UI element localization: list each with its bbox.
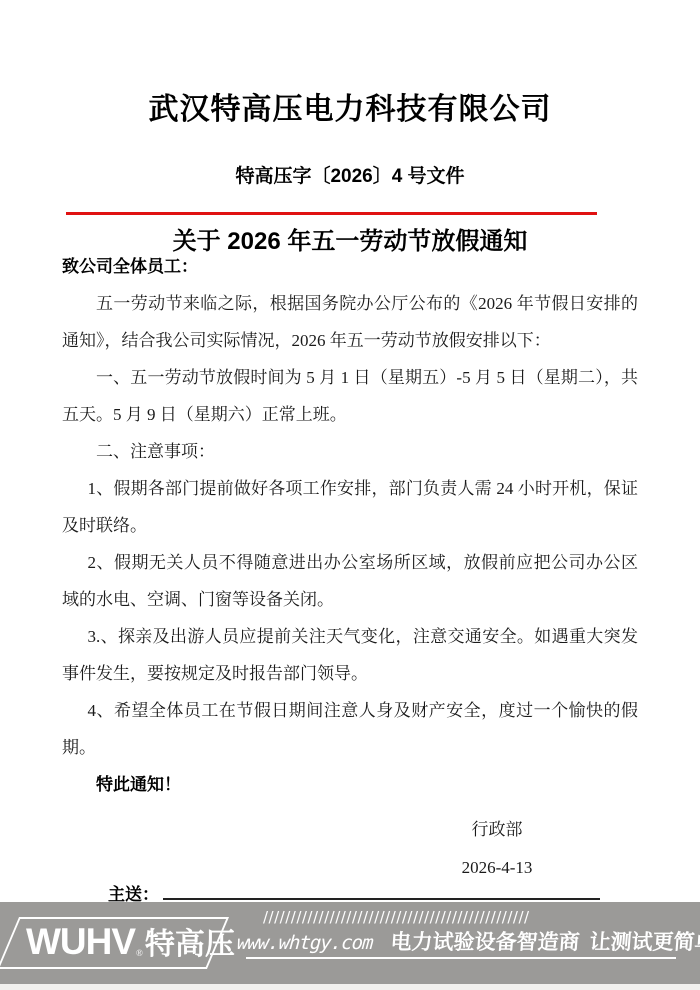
slogan-text-2: 让测试更简单 xyxy=(589,926,700,956)
paragraph-note-3: 3.、探亲及出游人员应提前关注天气变化，注意交通安全。如遇重大突发事件发生，要按… xyxy=(62,618,638,692)
slogan-text-1: 电力试验设备智造商 xyxy=(390,926,581,956)
notice-title: 关于 2026 年五一劳动节放假通知 xyxy=(0,221,700,256)
closing-statement: 特此通知！ xyxy=(62,766,638,803)
company-logo: WUHV ® 特高压 xyxy=(26,919,235,964)
logo-wuhv-text: WUHV xyxy=(26,920,135,964)
red-divider-line xyxy=(66,212,597,215)
page-bottom-strip xyxy=(0,984,700,990)
footer-tagline: www.whtgy.com 电力试验设备智造商 让测试更简单 xyxy=(236,926,700,956)
paragraph-intro: 五一劳动节来临之际，根据国务院办公厅公布的《2026 年节假日安排的通知》，结合… xyxy=(62,285,638,359)
registered-trademark-icon: ® xyxy=(136,948,143,958)
paragraph-note-4: 4、希望全体员工在节假日期间注意人身及财产安全，度过一个愉快的假期。 xyxy=(62,692,638,766)
paragraph-note-1: 1、假期各部门提前做好各项工作安排，部门负责人需 24 小时开机，保证及时联络。 xyxy=(62,470,638,544)
salutation: 致公司全体员工： xyxy=(62,256,638,278)
signature-block: 行政部 2026-4-13 xyxy=(417,811,577,887)
paragraph-note-2: 2、假期无关人员不得随意进出办公室场所区域，放假前应把公司办公区域的水电、空调、… xyxy=(62,544,638,618)
slash-stripe-decoration: ////////////////////////////////////////… xyxy=(263,908,530,926)
footer-banner: WUHV ® 特高压 /////////////////////////////… xyxy=(0,902,700,984)
distribution-blank-underline xyxy=(163,881,600,900)
footer-underline-rule xyxy=(246,957,676,959)
website-url: www.whtgy.com xyxy=(236,932,373,954)
paragraph-item-1: 一、五一劳动节放假时间为 5 月 1 日（星期五）-5 月 5 日（星期二），共… xyxy=(62,359,638,433)
notice-body: 致公司全体员工： 五一劳动节来临之际，根据国务院办公厅公布的《2026 年节假日… xyxy=(62,256,638,887)
doc-number: 特高压字〔2026〕4 号文件 xyxy=(0,161,700,188)
company-title: 武汉特高压电力科技有限公司 xyxy=(0,84,700,128)
document-page: 武汉特高压电力科技有限公司 特高压字〔2026〕4 号文件 关于 2026 年五… xyxy=(0,0,700,990)
logo-cn-text: 特高压 xyxy=(145,919,235,963)
paragraph-item-2: 二、注意事项： xyxy=(62,433,638,470)
signature-department: 行政部 xyxy=(417,811,577,849)
